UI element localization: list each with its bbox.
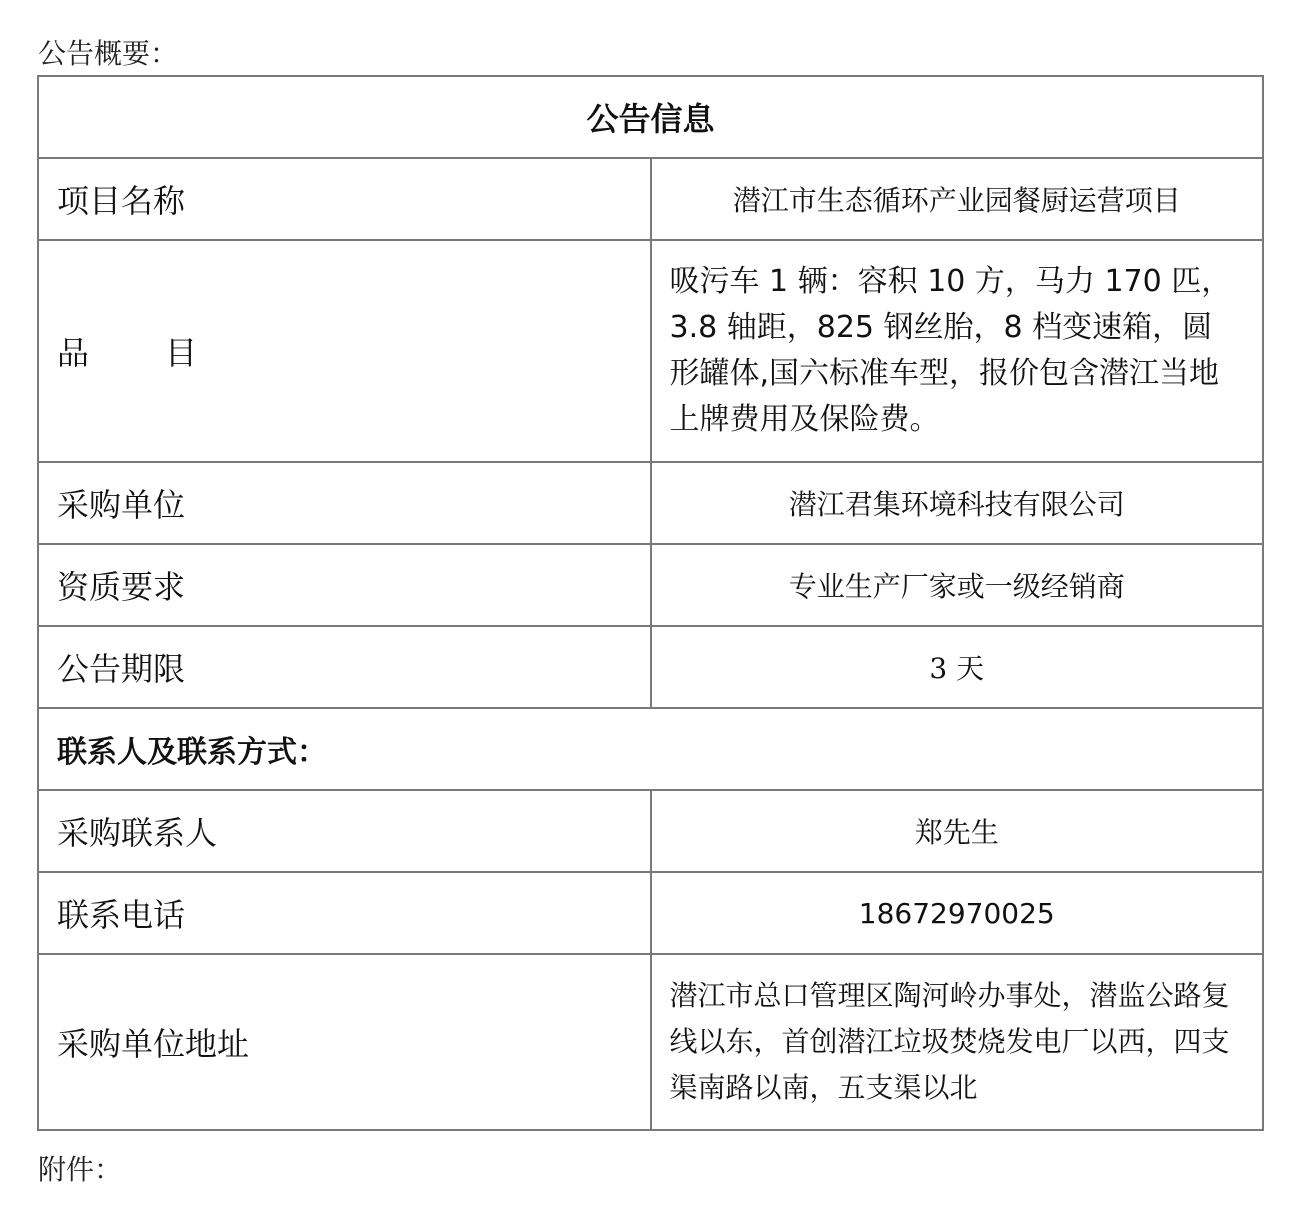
key-project-name: 项目名称	[38, 158, 651, 240]
value-project-name: 潜江市生态循环产业园餐厨运营项目	[651, 158, 1264, 240]
table-row: 项目名称 潜江市生态循环产业园餐厨运营项目	[38, 158, 1263, 240]
key-period: 公告期限	[38, 626, 651, 708]
key-purchaser: 采购单位	[38, 462, 651, 544]
contact-section-heading: 联系人及联系方式：	[38, 708, 1263, 790]
value-items: 吸污车 1 辆：容积 10 方，马力 170 匹，3.8 轴距，825 钢丝胎，…	[651, 240, 1264, 462]
key-phone: 联系电话	[38, 872, 651, 954]
table-row: 采购单位 潜江君集环境科技有限公司	[38, 462, 1263, 544]
table-row: 联系电话 18672970025	[38, 872, 1263, 954]
table-row: 采购单位地址 潜江市总口管理区陶河岭办事处，潜监公路复线以东，首创潜江垃圾焚烧发…	[38, 954, 1263, 1130]
table-row: 品 目 吸污车 1 辆：容积 10 方，马力 170 匹，3.8 轴距，825 …	[38, 240, 1263, 462]
summary-label: 公告概要：	[38, 32, 178, 72]
key-qualification: 资质要求	[38, 544, 651, 626]
value-period: 3 天	[651, 626, 1264, 708]
table-title: 公告信息	[38, 76, 1263, 158]
table-row: 公告期限 3 天	[38, 626, 1263, 708]
key-contact-person: 采购联系人	[38, 790, 651, 872]
key-items-part-2: 目	[165, 328, 197, 374]
key-items: 品 目	[38, 240, 651, 462]
announcement-info-table: 公告信息 项目名称 潜江市生态循环产业园餐厨运营项目 品 目 吸污车 1 辆：容…	[37, 75, 1264, 1131]
value-contact-person: 郑先生	[651, 790, 1264, 872]
attachment-label: 附件：	[38, 1148, 122, 1188]
value-phone: 18672970025	[651, 872, 1264, 954]
key-address: 采购单位地址	[38, 954, 651, 1130]
table-row: 资质要求 专业生产厂家或一级经销商	[38, 544, 1263, 626]
key-items-part-1: 品	[57, 328, 89, 374]
value-address: 潜江市总口管理区陶河岭办事处，潜监公路复线以东，首创潜江垃圾焚烧发电厂以西，四支…	[651, 954, 1264, 1130]
table-row: 采购联系人 郑先生	[38, 790, 1263, 872]
value-qualification: 专业生产厂家或一级经销商	[651, 544, 1264, 626]
value-purchaser: 潜江君集环境科技有限公司	[651, 462, 1264, 544]
